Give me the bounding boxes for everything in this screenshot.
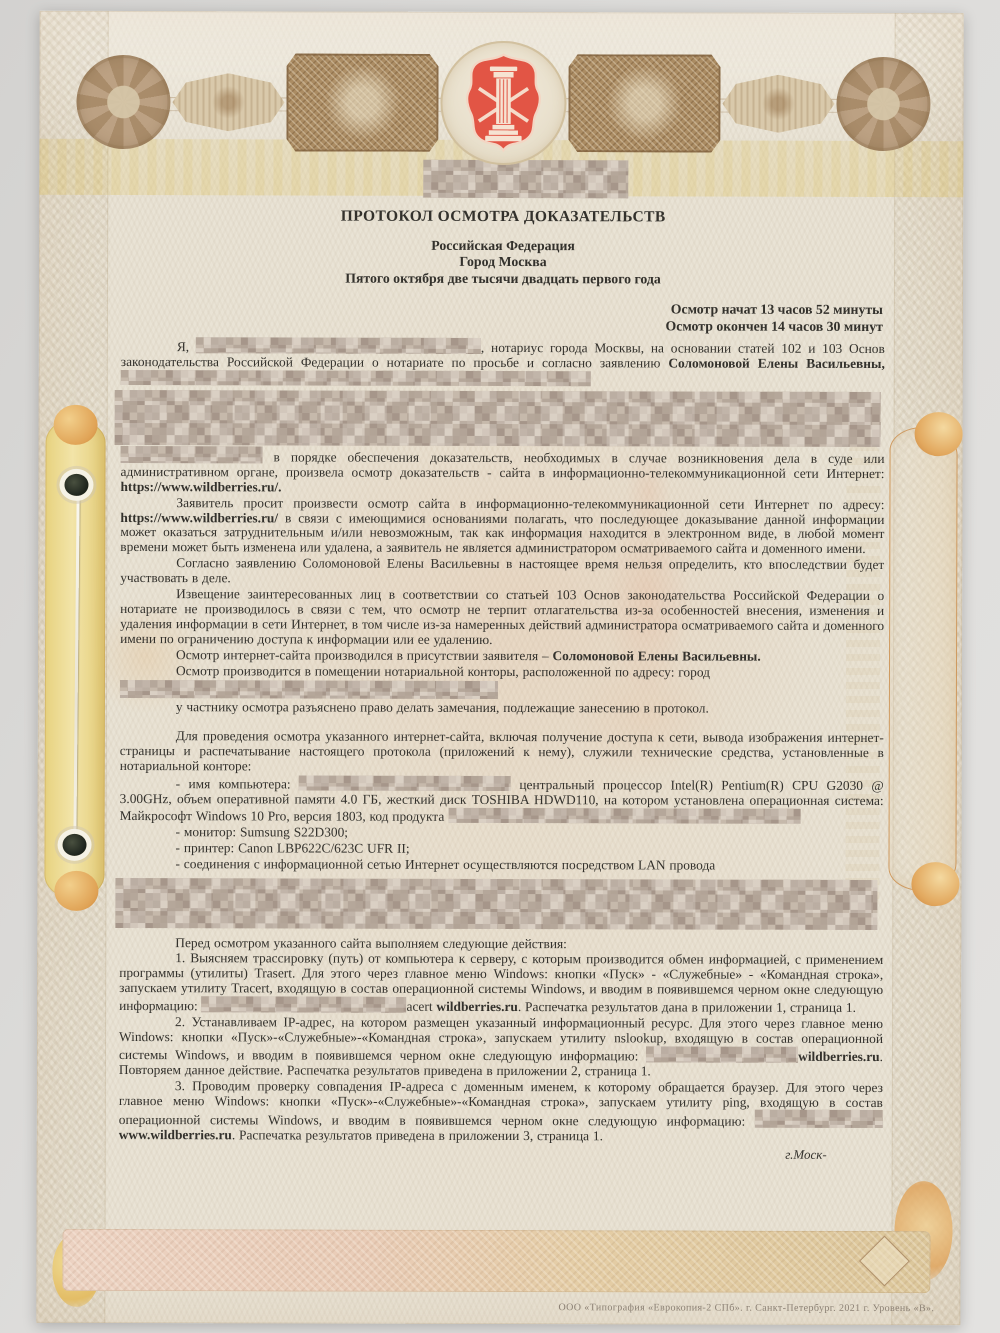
- paragraph: у частнику осмотра разъяснено право дела…: [120, 700, 884, 717]
- document-title: ПРОТОКОЛ ОСМОТРА ДОКАЗАТЕЛЬСТВ: [121, 207, 885, 227]
- text-run: . Распечатка результатов приведена в при…: [232, 1128, 603, 1144]
- punch-hole-bottom: [63, 834, 87, 856]
- guilloche-panel-right: [568, 54, 720, 152]
- inspection-start-time: Осмотр начат 13 часов 52 минуты: [121, 299, 883, 318]
- redacted-blank-number: [423, 160, 628, 199]
- lens-ornament-right: [722, 75, 834, 133]
- redaction-inline: [121, 370, 591, 386]
- photo-backdrop: { "colors": { "paper": "#e9e3d5", "emble…: [0, 0, 1000, 1333]
- subtitle-date: Пятого октября две тысячи двадцать перво…: [121, 270, 885, 288]
- text-run: Соломоновой Елены Васильевны,: [668, 356, 885, 372]
- paragraph: Осмотр производится в помещении нотариал…: [120, 664, 884, 681]
- text-run: - монитор: Sumsung S22D300;: [176, 824, 349, 839]
- paragraph: 1. Выясняем трассировку (путь) от компью…: [119, 951, 883, 1016]
- paragraph: Согласно заявлению Соломоновой Елены Вас…: [120, 556, 884, 588]
- subtitle-country: Российская Федерация: [121, 237, 885, 255]
- text-run: Осмотр интернет-сайта производился в при…: [176, 647, 553, 663]
- document-content: ПРОТОКОЛ ОСМОТРА ДОКАЗАТЕЛЬСТВ Российска…: [37, 51, 964, 1164]
- rosette-ornament-right: [836, 57, 930, 151]
- paragraph: 3. Проводим проверку совпадения IP-адрес…: [119, 1079, 883, 1146]
- punch-hole-top: [64, 474, 88, 496]
- text-run: Осмотр производится в помещении нотариал…: [176, 663, 710, 679]
- text-run: Соломоновой Елены Васильевны.: [552, 648, 760, 664]
- header-ornament-band: [76, 51, 930, 155]
- text-run: у частнику осмотра разъяснено право дела…: [176, 700, 709, 716]
- text-run: . Распечатка результатов дана в приложен…: [518, 999, 856, 1015]
- redaction-block: [115, 390, 881, 447]
- redaction-inline: [646, 1046, 798, 1062]
- diamond-ornament: [859, 1236, 910, 1287]
- redaction-inline: [448, 808, 800, 824]
- notary-emblem-icon: [462, 51, 544, 155]
- redaction-inline: [121, 446, 263, 463]
- text-run: Перед осмотром указанного сайта выполняе…: [175, 935, 567, 951]
- text-run: Для проведения осмотра указанного интерн…: [120, 728, 884, 773]
- redaction-inline: [755, 1110, 883, 1128]
- rosette-ornament-left: [76, 55, 170, 149]
- notarial-deed-paper: ООО «Типография «Еврокопия-2 СПб». г. Са…: [36, 11, 963, 1325]
- inspection-times: Осмотр начат 13 часов 52 минуты Осмотр о…: [121, 299, 885, 335]
- bottom-guilloche-band: [62, 1229, 930, 1293]
- paragraph: Для проведения осмотра указанного интерн…: [120, 729, 884, 776]
- redaction-inline: [196, 337, 481, 354]
- text-run: - соединения с информационной сетью Инте…: [175, 856, 715, 872]
- text-run: Я,: [177, 339, 196, 354]
- print-house-footer: ООО «Типография «Еврокопия-2 СПб». г. Са…: [558, 1302, 934, 1314]
- text-run: - имя компьютера:: [176, 776, 299, 791]
- text-run: Извещение заинтересованных лиц в соответ…: [120, 586, 884, 647]
- text-run: Согласно заявлению Соломоновой Елены Вас…: [120, 555, 884, 585]
- subtitle-city: Город Москва: [121, 253, 885, 271]
- text-run: - принтер: Canon LBP622C/623C UFR II;: [176, 840, 410, 856]
- inspection-end-time: Осмотр окончен 14 часов 30 минут: [121, 316, 883, 335]
- redaction-inline: [120, 680, 498, 699]
- redaction-inline: [299, 776, 511, 792]
- paragraph: [120, 680, 884, 702]
- text-run: wildberries.ru: [436, 999, 517, 1014]
- text-run: www.wildberries.ru: [119, 1127, 232, 1142]
- guilloche-panel-left: [286, 53, 438, 151]
- paragraph: 2. Устанавливаем IP-адрес, на котором ра…: [119, 1015, 883, 1080]
- paragraph: Извещение заинтересованных лиц в соответ…: [120, 587, 884, 649]
- notary-emblem-cartouche: [440, 41, 566, 165]
- paragraph: - имя компьютера: центральный процессор …: [120, 775, 884, 826]
- text-run: https://www.wildberries.ru/: [120, 510, 278, 525]
- paragraph: - соединения с информационной сетью Инте…: [119, 857, 883, 874]
- paragraph: Я, , нотариус города Москвы, на основани…: [121, 337, 885, 389]
- redaction-inline: [202, 996, 407, 1013]
- lens-ornament-left: [172, 73, 284, 131]
- catchword: г.Моск-: [119, 1145, 883, 1163]
- text-run: acert: [407, 999, 437, 1014]
- text-run: https://www.wildberries.ru/.: [120, 479, 281, 494]
- redaction-block: [115, 877, 877, 929]
- paragraph: Заявитель просит произвести осмотр сайта…: [120, 496, 884, 558]
- document-body: Я, , нотариус города Москвы, на основани…: [119, 337, 885, 1145]
- text-run: wildberries.ru: [798, 1049, 879, 1064]
- paragraph: в порядке обеспечения доказательств, нео…: [120, 446, 884, 497]
